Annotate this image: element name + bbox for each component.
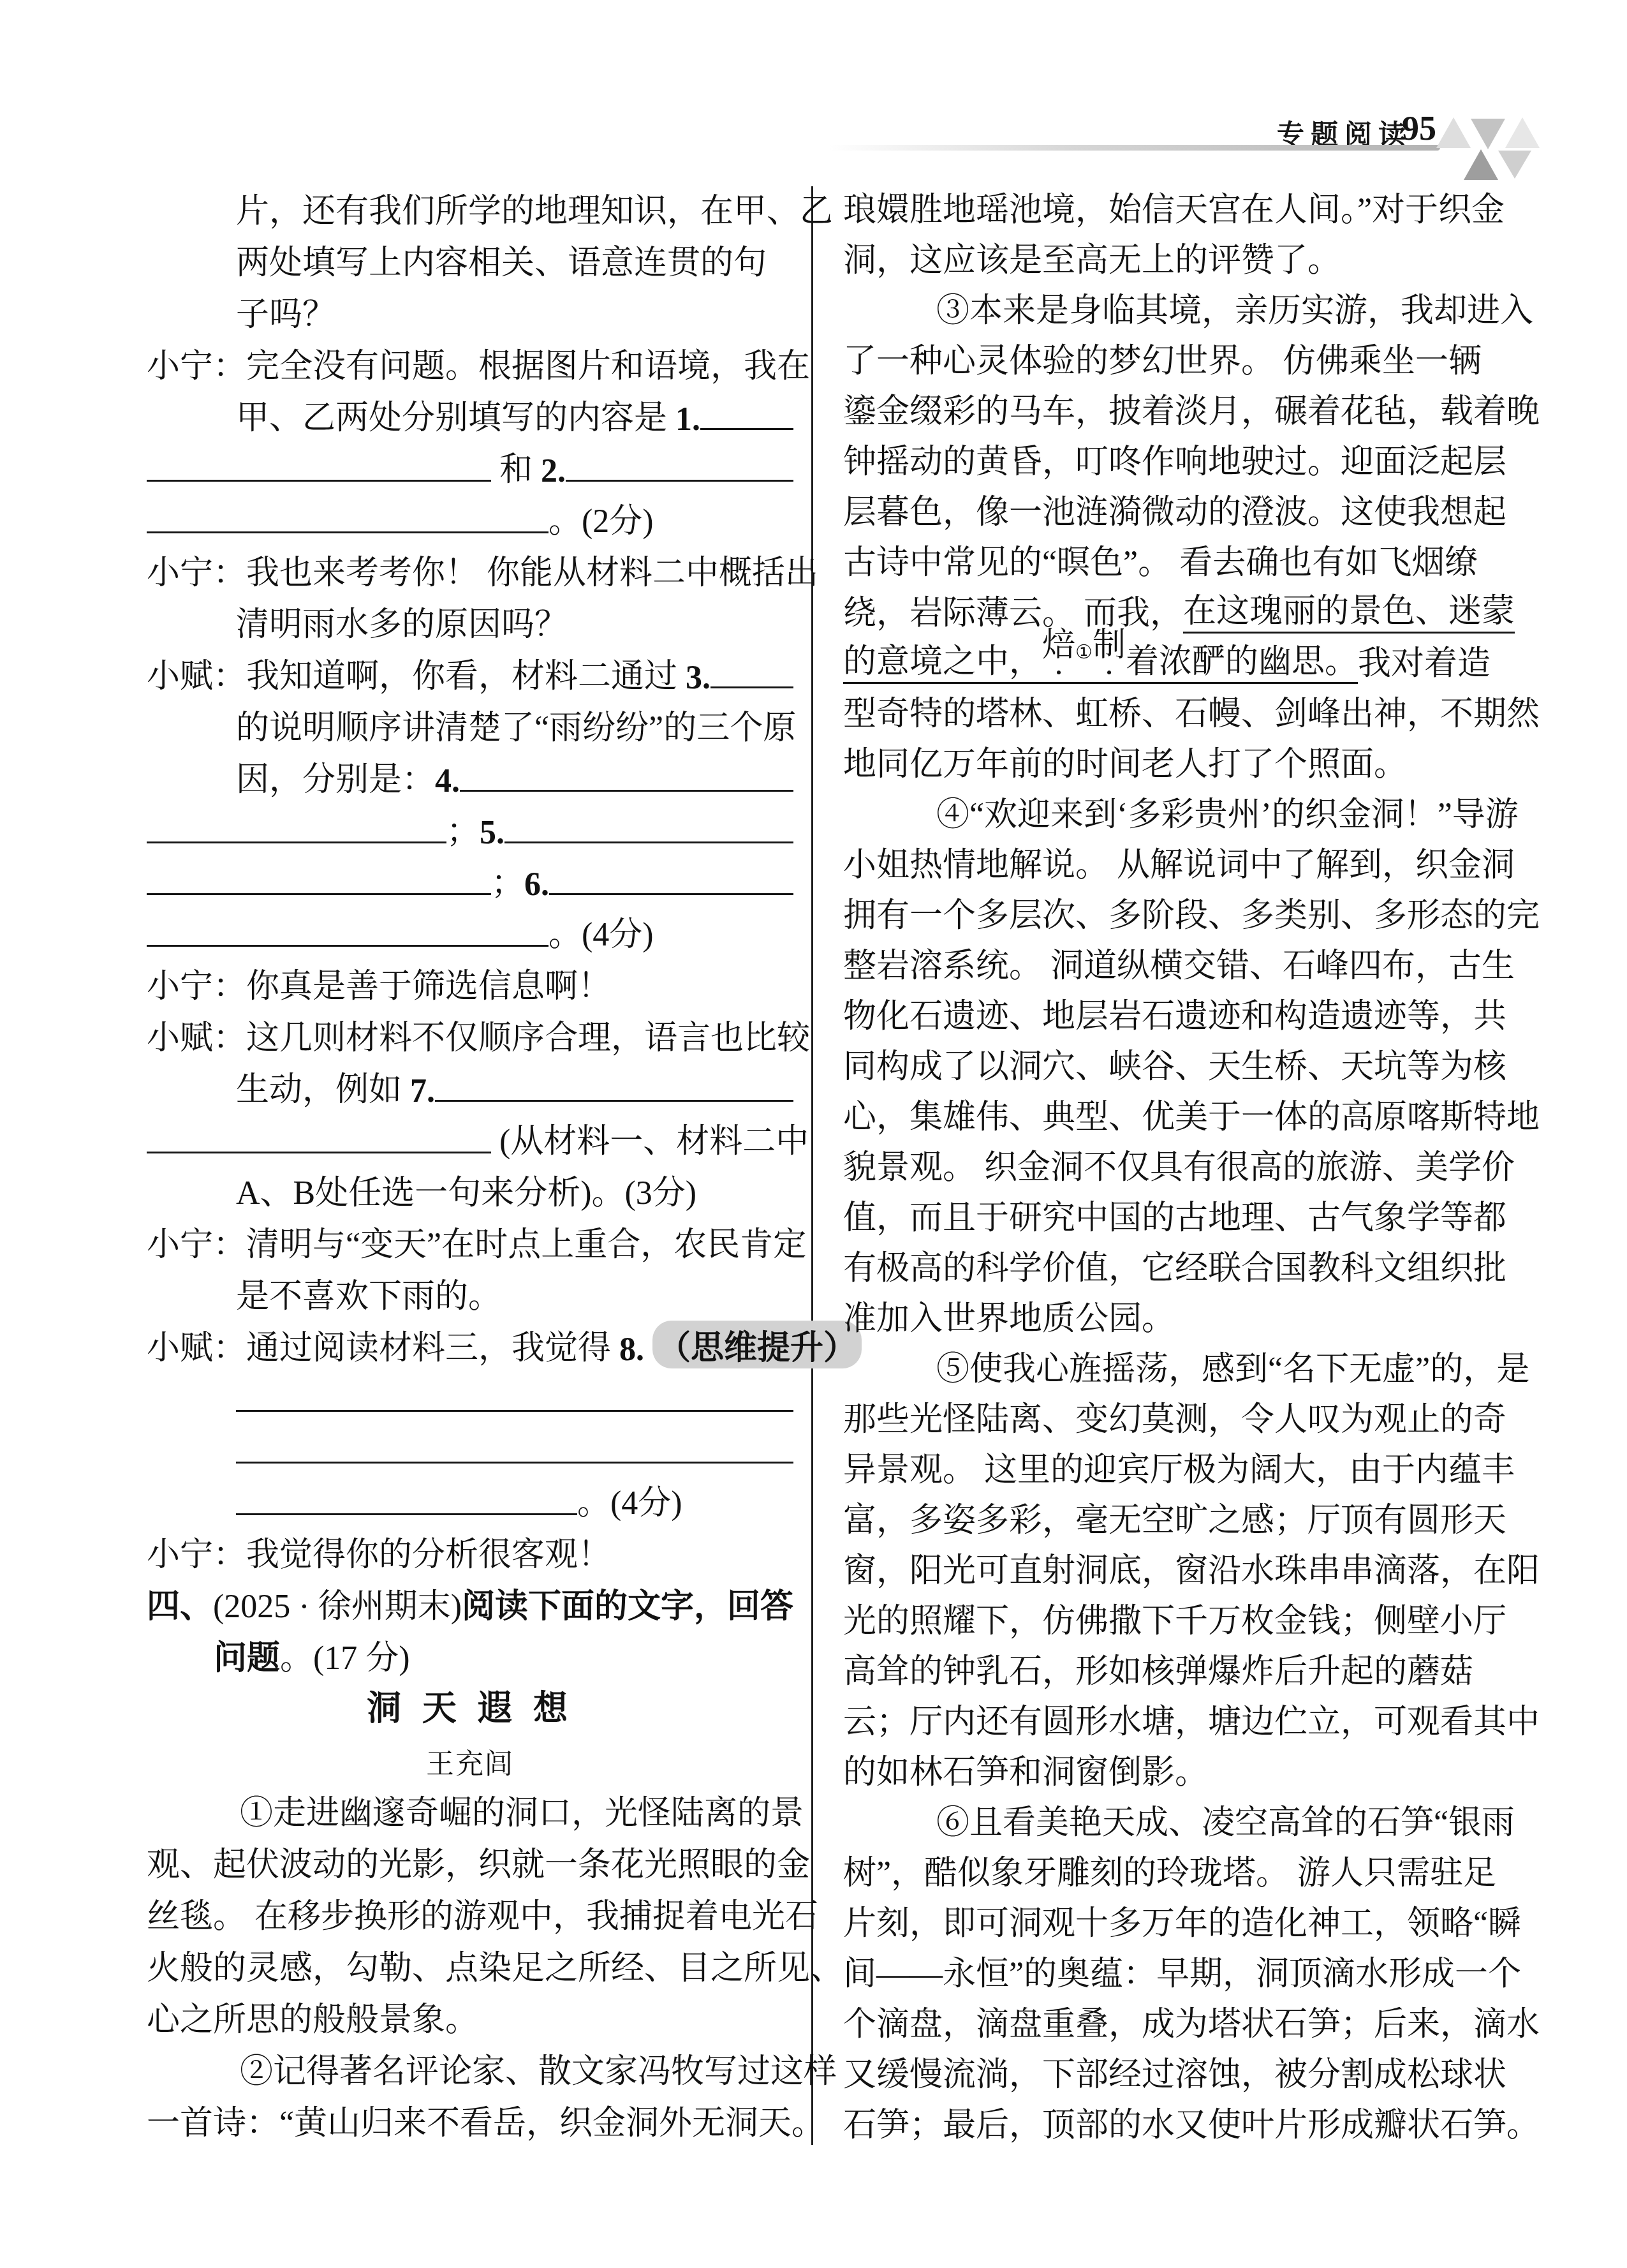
answer-blank <box>566 478 793 482</box>
text-run: 个滴盘，滴盘重叠，成为塔状石笋；后来，滴水 <box>843 1997 1540 2045</box>
text-line <box>147 1368 793 1420</box>
text-run <box>644 1331 652 1368</box>
underlined-text: 在这瑰丽的景色、迷蒙 <box>1183 584 1515 634</box>
text-run: 和 <box>491 442 541 490</box>
text-run: 了一种心灵体验的梦幻世界。 仿佛乘坐一辆 <box>843 334 1482 382</box>
text-line: 富，多姿多彩，毫无空旷之感；厅顶有圆形天 <box>843 1490 1482 1541</box>
text-line: ；5. <box>147 800 793 852</box>
text-line: 树”，酷似象牙雕刻的玲珑塔。 游人只需驻足 <box>843 1843 1482 1894</box>
text-line: 两处填写上内容相关、语意连贯的句 <box>147 232 793 283</box>
text-run: 洞，这应该是至高无上的评赞了。 <box>843 233 1341 281</box>
text-line: 子吗？ <box>147 283 793 335</box>
text-run: 小宁：你真是善于筛选信息啊！ <box>147 959 611 1007</box>
answer-blank <box>147 478 491 482</box>
text-line: 有极高的科学价值，它经联合国教科文组织批 <box>843 1238 1482 1289</box>
text-line: 片，还有我们所学的地理知识，在甲、乙 <box>147 180 793 232</box>
answer-blank <box>710 685 793 688</box>
text-line: ④“欢迎来到‘多彩贵州’的织金洞！”导游 <box>843 785 1482 835</box>
underlined-text: 着浓酽的幽思。 <box>1126 634 1358 684</box>
text-run: 心，集雄伟、典型、优美于一体的高原喀斯特地 <box>843 1090 1540 1138</box>
answer-number: 6. <box>524 866 549 903</box>
text-run: ③本来是身临其境，亲历实游，我却进入 <box>936 283 1533 331</box>
text-line: 古诗中常见的“暝色”。 看去确也有如飞烟缭 <box>843 533 1482 583</box>
text-run: 丝毯。 在移步换形的游观中，我捕捉着电光石 <box>147 1889 818 1937</box>
text-run: 小姐热情地解说。 从解说词中了解到，织金洞 <box>843 838 1515 886</box>
text-run: 整岩溶系统。 洞道纵横交错、石峰四布，古生 <box>843 938 1515 986</box>
text-line: 琅嬛胜地瑶池境，始信天宫在人间。”对于织金 <box>843 180 1482 230</box>
text-run: 值，而且于研究中国的古地理、古气象学等都 <box>843 1190 1506 1238</box>
text-run: 是不喜欢下雨的。 <box>236 1269 501 1317</box>
text-line: 和 2. <box>147 438 793 490</box>
answer-blank <box>147 530 548 533</box>
answer-number: 阅读下面的文字，回答 <box>462 1579 793 1627</box>
text-line: (从材料一、材料二中 <box>147 1110 793 1162</box>
text-line: 心，集雄伟、典型、优美于一体的高原喀斯特地 <box>843 1087 1482 1138</box>
text-run: ； <box>491 856 524 903</box>
essay-author: 王充闾 <box>426 1741 514 1782</box>
text-line: 了一种心灵体验的梦幻世界。 仿佛乘坐一辆 <box>843 331 1482 382</box>
text-line: 小赋：通过阅读材料三，我觉得 8. （思维提升） <box>147 1317 793 1368</box>
text-run: 。(4分) <box>548 907 654 955</box>
text-run: 光的照耀下，仿佛撒下千万枚金钱；侧壁小厅 <box>843 1594 1506 1642</box>
text-line: ②记得著名评论家、散文家冯牧写过这样 <box>147 2040 793 2092</box>
answer-blank <box>147 840 446 843</box>
text-line: 小宁：我也来考考你！ 你能从材料二中概括出 <box>147 542 793 593</box>
answer-number: 8. <box>619 1331 644 1368</box>
answer-number: 4. <box>435 762 460 800</box>
text-line: 是不喜欢下雨的。 <box>147 1265 793 1317</box>
answer-number: 1. <box>675 401 700 438</box>
underlined-text: 的意境之中， <box>843 634 1042 684</box>
text-run: 有极高的科学价值，它经联合国教科文组织批 <box>843 1241 1506 1289</box>
text-run: 富，多姿多彩，毫无空旷之感；厅顶有圆形天 <box>843 1493 1506 1541</box>
text-run: 高耸的钟乳石，形如核弹爆炸后升起的蘑菇 <box>843 1644 1473 1692</box>
text-run: 小宁：完全没有问题。根据图片和语境，我在 <box>147 339 810 387</box>
text-run: 拥有一个多层次、多阶段、多类别、多形态的完 <box>843 888 1540 936</box>
text-line: ⑥且看美艳天成、凌空高耸的石笋“银雨 <box>843 1793 1482 1843</box>
text-line: 小宁：你真是善于筛选信息啊！ <box>147 955 793 1007</box>
text-line: 层暮色，像一池涟漪微动的澄波。这使我想起 <box>843 482 1482 533</box>
text-line: 准加入世界地质公园。 <box>843 1289 1482 1339</box>
text-run: ①走进幽邃奇崛的洞口，光怪陆离的景 <box>240 1786 804 1834</box>
text-run: 清明雨水多的原因吗？ <box>236 597 568 645</box>
text-run: 间——永恒”的奥蕴：早期，洞顶滴水形成一个 <box>843 1946 1521 1994</box>
answer-blank <box>236 1409 793 1412</box>
text-run: 石笋；最后，顶部的水又使叶片形成瓣状石笋。 <box>843 2098 1540 2146</box>
answer-blank <box>147 892 491 895</box>
text-run: ⑤使我心旌摇荡，感到“名下无虚”的，是 <box>936 1342 1529 1390</box>
text-line: 窗，阳光可直射洞底，窗沿水珠串串滴落，在阳 <box>843 1541 1482 1591</box>
text-run: 绕，岩际薄云。 而我， <box>843 586 1183 634</box>
text-line: 的如林石笋和洞窗倒影。 <box>843 1742 1482 1793</box>
text-line: 小姐热情地解说。 从解说词中了解到，织金洞 <box>843 835 1482 886</box>
text-line: 物化石遗迹、地层岩石遗迹和构造遗迹等，共 <box>843 986 1482 1037</box>
text-run: 同构成了以洞穴、峡谷、天生桥、天坑等为核 <box>843 1039 1506 1087</box>
deco-triangle-icon <box>1471 119 1505 149</box>
column-right: 琅嬛胜地瑶池境，始信天宫在人间。”对于织金洞，这应该是至高无上的评赞了。③本来是… <box>843 180 1482 2146</box>
text-line: ①走进幽邃奇崛的洞口，光怪陆离的景 <box>147 1782 793 1834</box>
text-run: 。(2分) <box>548 494 654 542</box>
text-run: 生动，例如 <box>236 1062 410 1110</box>
text-line: 那些光怪陆离、变幻莫测，令人叹为观止的奇 <box>843 1390 1482 1440</box>
text-run: 小赋：这几则材料不仅顺序合理，语言也比较 <box>147 1011 810 1058</box>
text-run: ②记得著名评论家、散文家冯牧写过这样 <box>240 2044 837 2092</box>
text-run: 那些光怪陆离、变幻莫测，令人叹为观止的奇 <box>843 1392 1506 1440</box>
text-run: 我对着造 <box>1358 636 1491 684</box>
text-run: 甲、乙两处分别填写的内容是 <box>236 390 675 438</box>
text-line: 小宁：清明与“变天”在时点上重合，农民肯定 <box>147 1213 793 1265</box>
text-line: 貌景观。 织金洞不仅具有很高的旅游、美学价 <box>843 1138 1482 1188</box>
text-run: 一首诗：“黄山归来不看岳，织金洞外无洞天。 <box>147 2096 825 2144</box>
text-line: 甲、乙两处分别填写的内容是 1. <box>147 387 793 438</box>
text-line: 王充闾 <box>147 1730 793 1782</box>
text-line: 。(4分) <box>147 1472 793 1523</box>
text-line: A、B处任选一句来分析)。(3分) <box>147 1162 793 1213</box>
text-line: 一首诗：“黄山归来不看岳，织金洞外无洞天。 <box>147 2092 793 2144</box>
text-line: 清明雨水多的原因吗？ <box>147 593 793 645</box>
text-line: 石笋；最后，顶部的水又使叶片形成瓣状石笋。 <box>843 2095 1482 2146</box>
text-run: 小宁：清明与“变天”在时点上重合，农民肯定 <box>147 1217 806 1265</box>
text-run: 观、起伏波动的光影，织就一条花光照眼的金 <box>147 1837 810 1885</box>
text-line: 观、起伏波动的光影，织就一条花光照眼的金 <box>147 1834 793 1885</box>
text-line <box>147 1420 793 1472</box>
text-run: 因，分别是： <box>236 752 435 800</box>
text-line: 异景观。 这里的迎宾厅极为阔大，由于内蕴丰 <box>843 1440 1482 1490</box>
text-run: 子吗？ <box>236 287 335 335</box>
text-line: 个滴盘，滴盘重叠，成为塔状石笋；后来，滴水 <box>843 1994 1482 2045</box>
text-run: 小赋：我知道啊，你看，材料二通过 <box>147 649 686 697</box>
text-run: 貌景观。 织金洞不仅具有很高的旅游、美学价 <box>843 1140 1515 1188</box>
text-line: 鎏金缀彩的马车，披着淡月，碾着花毡，载着晚 <box>843 382 1482 432</box>
header-rule <box>829 145 1440 151</box>
text-run: 树”，酷似象牙雕刻的玲珑塔。 游人只需驻足 <box>843 1846 1496 1894</box>
text-run: 型奇特的塔林、虹桥、石幔、剑峰出神，不期然 <box>843 686 1540 734</box>
text-run: 古诗中常见的“暝色”。 看去确也有如飞烟缭 <box>843 535 1478 583</box>
text-line: 型奇特的塔林、虹桥、石幔、剑峰出神，不期然 <box>843 684 1482 734</box>
deco-triangle-icon <box>1464 149 1498 180</box>
text-run: 物化石遗迹、地层岩石遗迹和构造遗迹等，共 <box>843 989 1506 1037</box>
text-run: ⑥且看美艳天成、凌空高耸的石笋“银雨 <box>936 1795 1515 1843</box>
emphasized-char: 制 <box>1093 618 1126 684</box>
text-run: 窗，阳光可直射洞底，窗沿水珠串串滴落，在阳 <box>843 1543 1540 1591</box>
text-line: 小赋：这几则材料不仅顺序合理，语言也比较 <box>147 1007 793 1058</box>
answer-blank <box>147 1150 491 1153</box>
deco-triangle-icon <box>1505 117 1540 148</box>
text-run: ； <box>446 804 480 852</box>
text-run: 小赋：通过阅读材料三，我觉得 <box>147 1321 619 1368</box>
answer-blank <box>236 1512 577 1515</box>
page-number: 95 <box>1402 108 1436 148</box>
hint-badge: （思维提升） <box>652 1321 862 1368</box>
text-line: 又缓慢流淌，下部经过溶蚀，被分割成松球状 <box>843 2045 1482 2095</box>
text-line: 生动，例如 7. <box>147 1058 793 1110</box>
answer-blank <box>504 840 793 843</box>
answer-blank <box>700 427 793 430</box>
column-divider <box>811 186 813 2145</box>
text-line: 。(2分) <box>147 490 793 542</box>
text-run: 心之所思的般般景象。 <box>147 1992 478 2040</box>
text-line: 小赋：我知道啊，你看，材料二通过 3. <box>147 645 793 697</box>
text-line: 片刻，即可洞观十多万年的造化神工，领略“瞬 <box>843 1894 1482 1944</box>
text-line: 拥有一个多层次、多阶段、多类别、多形态的完 <box>843 886 1482 936</box>
text-run: 琅嬛胜地瑶池境，始信天宫在人间。”对于织金 <box>843 182 1505 230</box>
text-run: 片，还有我们所学的地理知识，在甲、乙 <box>236 184 833 232</box>
text-run: 钟摇动的黄昏，叮咚作响地驶过。迎面泛起层 <box>843 434 1506 482</box>
text-line: 绕，岩际薄云。 而我，在这瑰丽的景色、迷蒙 <box>843 583 1482 634</box>
text-line: ③本来是身临其境，亲历实游，我却进入 <box>843 281 1482 331</box>
text-line: 钟摇动的黄昏，叮咚作响地驶过。迎面泛起层 <box>843 432 1482 482</box>
text-run: 准加入世界地质公园。 <box>843 1291 1175 1339</box>
text-line: 整岩溶系统。 洞道纵横交错、石峰四布，古生 <box>843 936 1482 986</box>
text-line: ；6. <box>147 852 793 903</box>
text-line: 因，分别是：4. <box>147 748 793 800</box>
text-line: 小宁：完全没有问题。根据图片和语境，我在 <box>147 335 793 387</box>
text-line: ⑤使我心旌摇荡，感到“名下无虚”的，是 <box>843 1339 1482 1390</box>
answer-number: 2. <box>541 452 566 490</box>
text-run: 两处填写上内容相关、语意连贯的句 <box>236 235 767 283</box>
answer-number: 5. <box>480 814 504 852</box>
text-run: 层暮色，像一池涟漪微动的澄波。这使我想起 <box>843 485 1506 533</box>
answer-number: 四、 <box>147 1579 213 1627</box>
text-run: 的如林石笋和洞窗倒影。 <box>843 1745 1208 1793</box>
text-run: 片刻，即可洞观十多万年的造化神工，领略“瞬 <box>843 1896 1521 1944</box>
text-run: A、B处任选一句来分析)。(3分) <box>236 1166 696 1213</box>
text-line: 云；厅内还有圆形水塘，塘边伫立，可观看其中 <box>843 1692 1482 1742</box>
footnote-ref: ① <box>1075 641 1093 684</box>
text-line: 光的照耀下，仿佛撒下千万枚金钱；侧壁小厅 <box>843 1591 1482 1642</box>
essay-title: 洞 天 遐 想 <box>367 1681 573 1730</box>
answer-blank <box>549 892 793 895</box>
answer-number: 7. <box>410 1072 435 1110</box>
text-line: 值，而且于研究中国的古地理、古气象学等都 <box>843 1188 1482 1238</box>
text-line: 丝毯。 在移步换形的游观中，我捕捉着电光石 <box>147 1885 793 1937</box>
text-line: 心之所思的般般景象。 <box>147 1989 793 2040</box>
text-line: 间——永恒”的奥蕴：早期，洞顶滴水形成一个 <box>843 1944 1482 1994</box>
text-run: 。(4分) <box>577 1476 682 1523</box>
text-line: 四、(2025 · 徐州期末)阅读下面的文字，回答 <box>147 1575 793 1627</box>
answer-blank <box>147 944 548 947</box>
deco-triangle-icon <box>1498 151 1531 179</box>
text-run: 的说明顺序讲清楚了“雨纷纷”的三个原 <box>236 700 796 748</box>
text-run: 小宁：我也来考考你！ 你能从材料二中概括出 <box>147 545 818 593</box>
emphasized-char: 焙 <box>1042 618 1075 684</box>
deco-triangle-icon <box>1436 117 1471 148</box>
text-line: 高耸的钟乳石，形如核弹爆炸后升起的蘑菇 <box>843 1642 1482 1692</box>
text-run: 又缓慢流淌，下部经过溶蚀，被分割成松球状 <box>843 2047 1506 2095</box>
text-run: (2025 · 徐州期末) <box>213 1579 462 1627</box>
column-left: 片，还有我们所学的地理知识，在甲、乙两处填写上内容相关、语意连贯的句子吗？小宁：… <box>147 180 793 2144</box>
text-line: 。(4分) <box>147 903 793 955</box>
text-line: 小宁：我觉得你的分析很客观！ <box>147 1523 793 1575</box>
text-line: 地同亿万年前的时间老人打了个照面。 <box>843 734 1482 785</box>
text-line: 火般的灵感，勾勒、点染足之所经、目之所见、 <box>147 1937 793 1989</box>
text-run: ④“欢迎来到‘多彩贵州’的织金洞！”导游 <box>936 787 1519 835</box>
text-run: 鎏金缀彩的马车，披着淡月，碾着花毡，载着晚 <box>843 384 1540 432</box>
text-line: 的意境之中，焙①制着浓酽的幽思。我对着造 <box>843 634 1482 684</box>
answer-number: 问题 <box>214 1631 280 1679</box>
workbook-page: 专题阅读 95 片，还有我们所学的地理知识，在甲、乙两处填写上内容相关、语意连贯… <box>0 0 1627 2268</box>
text-run: (从材料一、材料二中 <box>491 1114 809 1162</box>
answer-blank <box>460 789 793 792</box>
answer-number: 3. <box>686 659 710 697</box>
answer-blank <box>435 1099 793 1102</box>
text-line: 洞 天 遐 想 <box>147 1679 793 1730</box>
text-line: 问题。(17 分) <box>147 1627 793 1679</box>
text-line: 同构成了以洞穴、峡谷、天生桥、天坑等为核 <box>843 1037 1482 1087</box>
text-line: 的说明顺序讲清楚了“雨纷纷”的三个原 <box>147 697 793 748</box>
text-line: 洞，这应该是至高无上的评赞了。 <box>843 230 1482 281</box>
text-run: 小宁：我觉得你的分析很客观！ <box>147 1527 611 1575</box>
text-run: 火般的灵感，勾勒、点染足之所经、目之所见、 <box>147 1941 843 1989</box>
text-run: 异景观。 这里的迎宾厅极为阔大，由于内蕴丰 <box>843 1442 1515 1490</box>
text-run: 云；厅内还有圆形水塘，塘边伫立，可观看其中 <box>843 1694 1540 1742</box>
text-run: 。(17 分) <box>280 1631 410 1679</box>
answer-blank <box>236 1460 793 1464</box>
text-run: 地同亿万年前的时间老人打了个照面。 <box>843 737 1407 785</box>
